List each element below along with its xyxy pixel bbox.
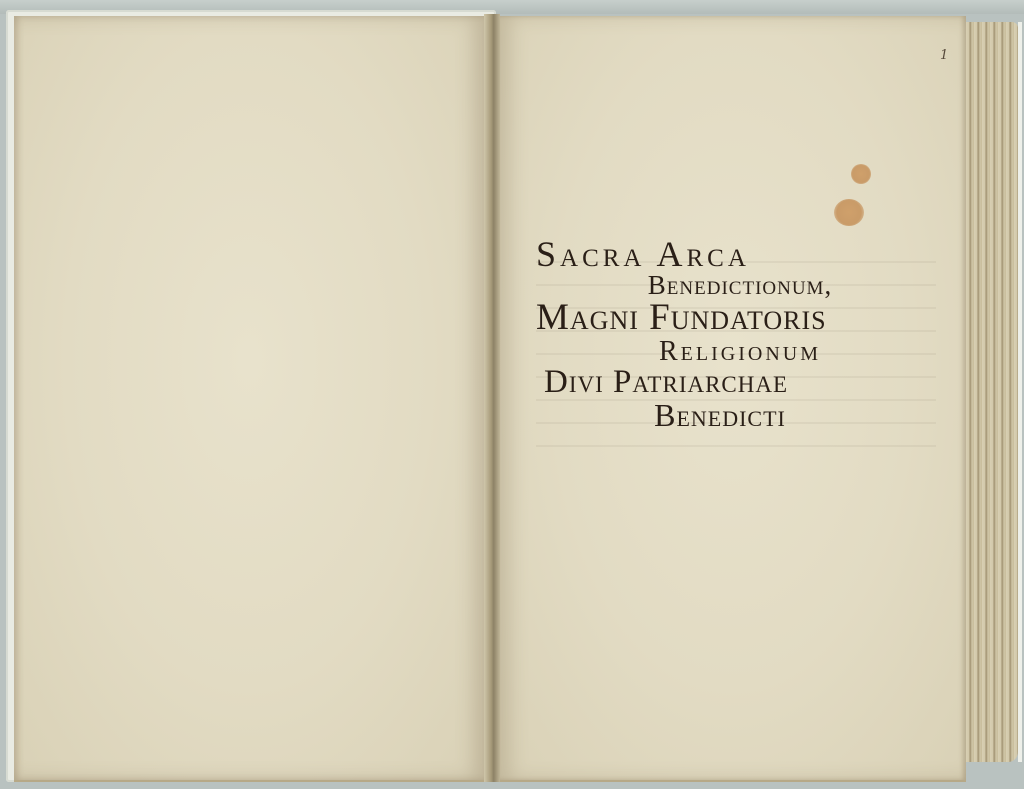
page-edges bbox=[966, 22, 1018, 762]
left-page-blank bbox=[14, 16, 484, 782]
stain-large bbox=[834, 199, 864, 226]
manuscript-title: Sacra Arca Benedictionum, Magni Fundator… bbox=[530, 236, 950, 431]
book-gutter bbox=[484, 14, 500, 782]
title-line-5: Divi Patriarchae bbox=[530, 366, 950, 399]
title-line-4: Religionum bbox=[530, 338, 950, 366]
folio-number: 1 bbox=[940, 48, 948, 63]
stain-small bbox=[851, 164, 871, 184]
title-line-3: Magni Fundatoris bbox=[530, 299, 950, 336]
title-line-6: Benedicti bbox=[490, 399, 950, 431]
title-line-2: Benedictionum, bbox=[530, 272, 950, 299]
manuscript-scene: 1 Sacra Arca Benedictionum, Magni Fundat… bbox=[0, 0, 1024, 789]
title-line-1: Sacra Arca bbox=[530, 236, 950, 272]
